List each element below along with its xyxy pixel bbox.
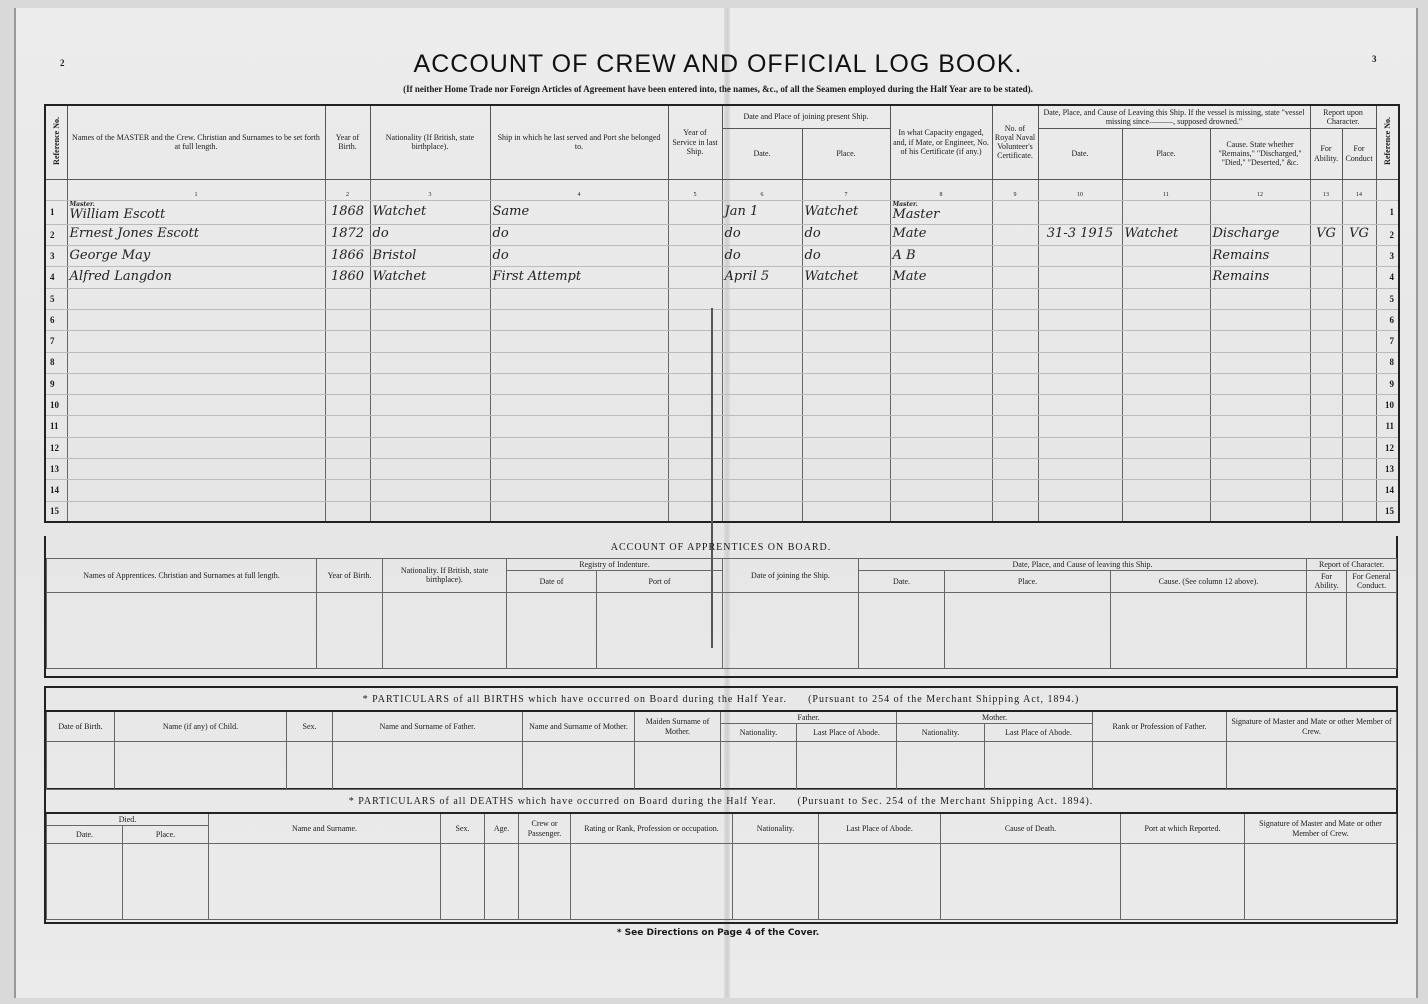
row-reference-number: 15 (45, 501, 67, 522)
ability-rating (1310, 480, 1342, 501)
join-place (802, 288, 890, 309)
apprentice-row (47, 592, 1397, 668)
join-date (722, 331, 802, 352)
nationality (370, 395, 490, 416)
crew-name (67, 480, 325, 501)
header-apprentice-place: Place. (945, 571, 1111, 592)
row-reference-number-right: 11 (1376, 416, 1399, 437)
apprentices-table: Names of Apprentices. Christian and Surn… (46, 558, 1397, 669)
crew-name (67, 352, 325, 373)
last-ship: First Attempt (490, 267, 668, 288)
year-service (668, 246, 722, 267)
join-date (722, 288, 802, 309)
crew-row: 1212 (45, 437, 1399, 458)
births-title: * PARTICULARS of all BIRTHS which have o… (363, 694, 787, 705)
join-place: Watchet (802, 267, 890, 288)
row-reference-number: 14 (45, 480, 67, 501)
header-death-sex: Sex. (441, 813, 485, 844)
capacity (890, 373, 992, 394)
year-service (668, 288, 722, 309)
conduct-rating (1342, 480, 1376, 501)
header-death-name: Name and Surname. (209, 813, 441, 844)
conduct-rating (1342, 373, 1376, 394)
row-reference-number: 1 (45, 200, 67, 224)
header-mother-abode: Last Place of Abode. (985, 724, 1093, 742)
rnv-certificate (992, 246, 1038, 267)
row-reference-number: 13 (45, 459, 67, 480)
year-service (668, 459, 722, 480)
header-date-of: Date of (507, 571, 597, 592)
rnv-certificate (992, 501, 1038, 522)
last-ship (490, 480, 668, 501)
year-of-birth (325, 288, 370, 309)
crew-rows: 1Master.William Escott1868WatchetSameJan… (45, 200, 1399, 522)
join-date: Jan 1 (722, 200, 802, 224)
crew-row: 4Alfred Langdon1860WatchetFirst AttemptA… (45, 267, 1399, 288)
join-place: do (802, 246, 890, 267)
crew-row: 3George May1866BristoldododoA BRemains3 (45, 246, 1399, 267)
join-date (722, 416, 802, 437)
header-cause: Cause. State whether "Remains," "Dischar… (1210, 128, 1310, 179)
leave-cause (1210, 501, 1310, 522)
rnv-certificate (992, 200, 1038, 224)
capacity (890, 352, 992, 373)
header-year-of-birth: Year of Birth. (325, 105, 370, 179)
header-apprentice-nationality: Nationality. If British, state birthplac… (383, 559, 507, 593)
header-birth-sex: Sex. (287, 711, 333, 742)
crew-name-value: William Escott (70, 207, 166, 222)
nationality: Watchet (370, 200, 490, 224)
row-reference-number: 6 (45, 309, 67, 330)
year-service (668, 331, 722, 352)
leave-place (1122, 288, 1210, 309)
year-of-birth: 1860 (325, 267, 370, 288)
last-ship (490, 437, 668, 458)
join-place (802, 416, 890, 437)
year-of-birth (325, 501, 370, 522)
row-reference-number-right: 1 (1376, 200, 1399, 224)
row-reference-number-right: 10 (1376, 395, 1399, 416)
rnv-certificate (992, 288, 1038, 309)
row-reference-number: 5 (45, 288, 67, 309)
leave-cause: Discharge (1210, 224, 1310, 245)
leave-cause: Remains (1210, 267, 1310, 288)
row-reference-number-right: 6 (1376, 309, 1399, 330)
join-date (722, 437, 802, 458)
rnv-certificate (992, 352, 1038, 373)
nationality (370, 501, 490, 522)
leave-cause (1210, 309, 1310, 330)
crew-name: George May (67, 246, 325, 267)
year-service (668, 224, 722, 245)
year-service (668, 501, 722, 522)
join-place: do (802, 224, 890, 245)
leave-date (1038, 501, 1122, 522)
join-place (802, 395, 890, 416)
footer-note: * See Directions on Page 4 of the Cover. (16, 928, 1420, 938)
leave-date (1038, 267, 1122, 288)
capacity (890, 288, 992, 309)
crew-row: 1313 (45, 459, 1399, 480)
leave-cause (1210, 200, 1310, 224)
nationality (370, 480, 490, 501)
leave-date (1038, 331, 1122, 352)
capacity (890, 459, 992, 480)
crew-name: Alfred Langdon (67, 267, 325, 288)
join-place (802, 352, 890, 373)
year-service (668, 395, 722, 416)
deaths-title-line: * PARTICULARS of all DEATHS which have o… (46, 796, 1396, 807)
ability-rating: VG (1310, 224, 1342, 245)
births-table: Date of Birth. Name (if any) of Child. S… (46, 710, 1397, 790)
nationality (370, 416, 490, 437)
crew-row: 55 (45, 288, 1399, 309)
crew-name (67, 331, 325, 352)
leave-cause (1210, 437, 1310, 458)
ability-rating (1310, 437, 1342, 458)
join-date (722, 309, 802, 330)
header-child-name: Name (if any) of Child. (115, 711, 287, 742)
year-of-birth (325, 480, 370, 501)
join-place (802, 501, 890, 522)
conduct-rating (1342, 331, 1376, 352)
crew-row: 1515 (45, 501, 1399, 522)
crew-row: 1Master.William Escott1868WatchetSameJan… (45, 200, 1399, 224)
nationality: Bristol (370, 246, 490, 267)
rnv-certificate (992, 416, 1038, 437)
year-of-birth: 1868 (325, 200, 370, 224)
header-apprentice-conduct: For General Conduct. (1347, 571, 1397, 592)
header-ability: For Ability. (1310, 128, 1342, 179)
apprentices-section: ACCOUNT OF APPRENTICES ON BOARD. Names o… (44, 536, 1398, 678)
rnv-certificate (992, 267, 1038, 288)
crew-row: 1414 (45, 480, 1399, 501)
row-reference-number-right: 8 (1376, 352, 1399, 373)
join-date (722, 373, 802, 394)
leave-date (1038, 288, 1122, 309)
join-date (722, 352, 802, 373)
leave-date (1038, 416, 1122, 437)
capacity (890, 480, 992, 501)
rnv-certificate (992, 373, 1038, 394)
nationality (370, 437, 490, 458)
conduct-rating (1342, 246, 1376, 267)
rnv-certificate (992, 480, 1038, 501)
ability-rating (1310, 246, 1342, 267)
row-reference-number: 2 (45, 224, 67, 245)
ability-rating (1310, 352, 1342, 373)
ability-rating (1310, 200, 1342, 224)
conduct-rating (1342, 352, 1376, 373)
header-mother-nationality: Nationality. (897, 724, 985, 742)
header-joining-group: Date and Place of joining present Ship. (722, 105, 890, 128)
header-mother-name: Name and Surname of Mother. (523, 711, 635, 742)
leave-date (1038, 309, 1122, 330)
rnv-certificate (992, 395, 1038, 416)
deaths-table: Died. Name and Surname. Sex. Age. Crew o… (46, 812, 1397, 920)
conduct-rating (1342, 267, 1376, 288)
row-reference-number: 10 (45, 395, 67, 416)
header-join-date: Date. (722, 128, 802, 179)
crew-name: Master.William Escott (67, 200, 325, 224)
crew-row: 88 (45, 352, 1399, 373)
nationality (370, 352, 490, 373)
leave-place (1122, 459, 1210, 480)
leave-place (1122, 480, 1210, 501)
births-pursuant: (Pursuant to 254 of the Merchant Shippin… (808, 694, 1079, 705)
leave-place (1122, 309, 1210, 330)
nationality: do (370, 224, 490, 245)
join-place (802, 331, 890, 352)
header-capacity: In what Capacity engaged, and, if Mate, … (890, 105, 992, 179)
leave-date (1038, 200, 1122, 224)
header-apprentice-names: Names of Apprentices. Christian and Surn… (47, 559, 317, 593)
row-reference-number-right: 2 (1376, 224, 1399, 245)
year-service (668, 373, 722, 394)
join-date (722, 395, 802, 416)
header-cause-of-death: Cause of Death. (941, 813, 1121, 844)
capacity-value: Master (893, 207, 940, 222)
leave-date (1038, 437, 1122, 458)
births-section: * PARTICULARS of all BIRTHS which have o… (44, 686, 1398, 790)
header-death-nationality: Nationality. (733, 813, 819, 844)
join-date (722, 501, 802, 522)
crew-name (67, 309, 325, 330)
last-ship (490, 395, 668, 416)
header-death-place: Place. (123, 826, 209, 844)
last-ship (490, 416, 668, 437)
join-date: do (722, 246, 802, 267)
row-reference-number-right: 13 (1376, 459, 1399, 480)
join-place: Watchet (802, 200, 890, 224)
capacity (890, 501, 992, 522)
header-birth-signature: Signature of Master and Mate or other Me… (1227, 711, 1397, 742)
header-conduct: For Conduct (1342, 128, 1376, 179)
join-place (802, 459, 890, 480)
crew-name (67, 416, 325, 437)
ability-rating (1310, 416, 1342, 437)
header-apprentice-report-group: Report of Character. (1307, 559, 1397, 571)
leave-cause: Remains (1210, 246, 1310, 267)
row-reference-number-right: 5 (1376, 288, 1399, 309)
capacity: Master.Master (890, 200, 992, 224)
crew-name (67, 501, 325, 522)
year-of-birth (325, 416, 370, 437)
crew-name (67, 288, 325, 309)
nationality (370, 459, 490, 480)
crew-row: 77 (45, 331, 1399, 352)
year-service (668, 437, 722, 458)
nationality (370, 288, 490, 309)
header-date-of-birth: Date of Birth. (47, 711, 115, 742)
log-book-spread: 2 3 ACCOUNT OF CREW AND OFFICIAL LOG BOO… (14, 8, 1418, 998)
header-rnv-certificate: No. of Royal Naval Volunteer's Certifica… (992, 105, 1038, 179)
header-death-signature: Signature of Master and Mate or other Me… (1245, 813, 1397, 844)
header-nationality: Nationality (If British, state birthplac… (370, 105, 490, 179)
leave-cause (1210, 480, 1310, 501)
header-apprentice-year: Year of Birth. (317, 559, 383, 593)
leave-place (1122, 501, 1210, 522)
join-place (802, 480, 890, 501)
row-reference-number-right: 15 (1376, 501, 1399, 522)
year-of-birth (325, 395, 370, 416)
last-ship (490, 373, 668, 394)
join-date: do (722, 224, 802, 245)
leave-date: 31-3 1915 (1038, 224, 1122, 245)
conduct-rating (1342, 200, 1376, 224)
leave-place (1122, 352, 1210, 373)
header-apprentice-cause: Cause. (See column 12 above). (1111, 571, 1307, 592)
last-ship: do (490, 246, 668, 267)
rnv-certificate (992, 459, 1038, 480)
births-title-line: * PARTICULARS of all BIRTHS which have o… (46, 694, 1396, 705)
year-service (668, 352, 722, 373)
nationality (370, 331, 490, 352)
capacity (890, 416, 992, 437)
last-ship (490, 309, 668, 330)
ability-rating (1310, 501, 1342, 522)
join-date: April 5 (722, 267, 802, 288)
rnv-certificate (992, 437, 1038, 458)
capacity (890, 331, 992, 352)
last-ship: Same (490, 200, 668, 224)
year-service (668, 309, 722, 330)
join-date (722, 459, 802, 480)
header-report-group: Report upon Character. (1310, 105, 1376, 128)
header-apprentice-ability: For Ability. (1307, 571, 1347, 592)
header-apprentice-leave-group: Date, Place, and Cause of leaving this S… (859, 559, 1307, 571)
leave-date (1038, 459, 1122, 480)
conduct-rating: VG (1342, 224, 1376, 245)
join-place (802, 437, 890, 458)
row-reference-number: 7 (45, 331, 67, 352)
row-reference-number-right: 3 (1376, 246, 1399, 267)
header-maiden-surname: Maiden Surname of Mother. (635, 711, 721, 742)
conduct-rating (1342, 288, 1376, 309)
header-died-group: Died. (47, 813, 209, 826)
leave-place (1122, 246, 1210, 267)
deaths-title: * PARTICULARS of all DEATHS which have o… (349, 796, 777, 807)
crew-row: 1010 (45, 395, 1399, 416)
ability-rating (1310, 288, 1342, 309)
row-reference-number-right: 12 (1376, 437, 1399, 458)
capacity (890, 437, 992, 458)
capacity: Mate (890, 224, 992, 245)
leave-cause (1210, 288, 1310, 309)
page-title: ACCOUNT OF CREW AND OFFICIAL LOG BOOK. (16, 50, 1420, 79)
leave-date (1038, 373, 1122, 394)
year-service (668, 416, 722, 437)
row-reference-number-right: 7 (1376, 331, 1399, 352)
year-of-birth (325, 373, 370, 394)
leave-place (1122, 437, 1210, 458)
column-numbers-row: 1 2 3 4 5 6 7 8 9 10 11 12 13 14 (45, 179, 1399, 200)
conduct-rating (1342, 501, 1376, 522)
header-leave-date: Date. (1038, 128, 1122, 179)
page-subtitle: (If neither Home Trade nor Foreign Artic… (16, 84, 1420, 94)
capacity: Mate (890, 267, 992, 288)
year-of-birth: 1872 (325, 224, 370, 245)
nationality (370, 373, 490, 394)
conduct-rating (1342, 459, 1376, 480)
leave-date (1038, 246, 1122, 267)
leave-place (1122, 331, 1210, 352)
header-father-abode: Last Place of Abode. (797, 724, 897, 742)
row-reference-number-right: 14 (1376, 480, 1399, 501)
ability-rating (1310, 267, 1342, 288)
header-reference-no-right: Reference No. (1376, 105, 1399, 179)
header-year-service: Year of Service in last Ship. (668, 105, 722, 179)
deaths-pursuant: (Pursuant to Sec. 254 of the Merchant Sh… (798, 796, 1094, 807)
last-ship: do (490, 224, 668, 245)
header-last-ship: Ship in which he last served and Port sh… (490, 105, 668, 179)
header-crew-passenger: Crew or Passenger. (519, 813, 571, 844)
leave-cause (1210, 395, 1310, 416)
apprentices-title: ACCOUNT OF APPRENTICES ON BOARD. (46, 542, 1396, 553)
join-place (802, 373, 890, 394)
birth-row (47, 742, 1397, 790)
header-port-of: Port of (597, 571, 723, 592)
capacity (890, 309, 992, 330)
header-leaving-group: Date, Place, and Cause of Leaving this S… (1038, 105, 1310, 128)
year-of-birth (325, 331, 370, 352)
leave-cause (1210, 373, 1310, 394)
ability-rating (1310, 331, 1342, 352)
row-reference-number: 9 (45, 373, 67, 394)
row-reference-number: 12 (45, 437, 67, 458)
conduct-rating (1342, 395, 1376, 416)
header-names: Names of the MASTER and the Crew. Christ… (67, 105, 325, 179)
join-place (802, 309, 890, 330)
last-ship (490, 352, 668, 373)
nationality: Watchet (370, 267, 490, 288)
year-of-birth (325, 437, 370, 458)
year-service (668, 267, 722, 288)
year-of-birth: 1866 (325, 246, 370, 267)
header-date-joining: Date of joining the Ship. (723, 559, 859, 593)
crew-row: 1111 (45, 416, 1399, 437)
leave-cause (1210, 459, 1310, 480)
header-death-abode: Last Place of Abode. (819, 813, 941, 844)
ability-rating (1310, 459, 1342, 480)
nationality (370, 309, 490, 330)
leave-place (1122, 416, 1210, 437)
leave-date (1038, 480, 1122, 501)
last-ship (490, 501, 668, 522)
death-row (47, 844, 1397, 920)
row-reference-number: 8 (45, 352, 67, 373)
last-ship (490, 459, 668, 480)
crew-row: 99 (45, 373, 1399, 394)
last-ship (490, 288, 668, 309)
row-reference-number-right: 4 (1376, 267, 1399, 288)
leave-place (1122, 267, 1210, 288)
header-father-rank: Rank or Profession of Father. (1093, 711, 1227, 742)
year-of-birth (325, 459, 370, 480)
year-service (668, 480, 722, 501)
row-reference-number: 4 (45, 267, 67, 288)
conduct-rating (1342, 437, 1376, 458)
conduct-rating (1342, 416, 1376, 437)
leave-cause (1210, 416, 1310, 437)
year-of-birth (325, 309, 370, 330)
crew-row: 2Ernest Jones Escott1872dodododoMate31-3… (45, 224, 1399, 245)
capacity: A B (890, 246, 992, 267)
ability-rating (1310, 309, 1342, 330)
leave-date (1038, 352, 1122, 373)
leave-place: Watchet (1122, 224, 1210, 245)
crew-name: Ernest Jones Escott (67, 224, 325, 245)
